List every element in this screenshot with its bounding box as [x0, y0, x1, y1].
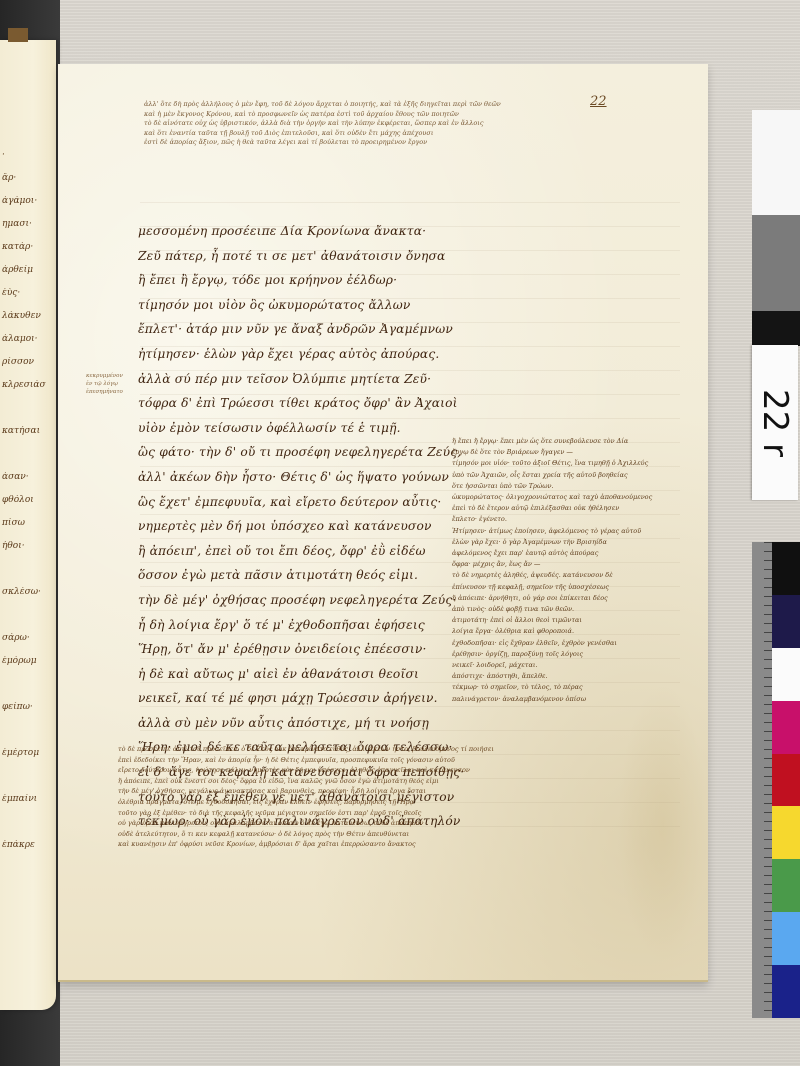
previous-leaf-line: ἅρ· — [0, 173, 54, 196]
scholion-line: ἢ ἀπόειπε· ἀρνήθητι, οὐ γάρ σοι ἐπίκειτα… — [452, 593, 682, 604]
scholion-line: ἀτιμοτάτη· ἐπεὶ οἱ ἄλλοι θεοὶ τιμῶνται — [452, 615, 682, 626]
previous-leaf-line — [0, 403, 54, 426]
scholion-line: ἔργῳ δὲ ὅτε τὸν Βριάρεων ἤγαγεν — — [452, 447, 682, 458]
previous-leaf-line: κατήσαι — [0, 426, 54, 449]
folio-label-card: 22 r — [752, 345, 798, 500]
color-patch-black — [772, 542, 800, 595]
previous-leaf-line: σκλέσω· — [0, 587, 54, 610]
gray-scale-target — [752, 110, 800, 346]
verse-line: Ἥρῃ, ὅτ' ἄν μ' ἐρέθῃσιν ὀνειδείοις ἐπέεσ… — [138, 637, 468, 662]
verse-line: τὴν δὲ μέγ' ὀχθήσας προσέφη νεφεληγερέτα… — [138, 588, 468, 613]
verse-line: ἠτίμησεν· ἑλὼν γὰρ ἔχει γέρας αὐτὸς ἀπού… — [138, 342, 468, 367]
color-patch-yellow — [772, 806, 800, 859]
color-patch-blue — [772, 965, 800, 1018]
scholion-line: ἀφελόμενος ἔχει παρ' ἑαυτῷ αὐτὸς ἀπούρας — [452, 548, 682, 559]
margin-note: κεκρυμμένονἐν τῷ λόγῳἐπεσημήνατο — [86, 372, 146, 396]
scholion-line: καὶ κυανέῃσιν ἐπ' ὀφρύσι νεῦσε Κρονίων, … — [118, 839, 698, 850]
scholion-line: τὴν δὲ μέγ' ὀχθήσας, μεγάλως ἀγανακτήσας… — [118, 786, 698, 797]
color-patch-magenta — [772, 701, 800, 754]
previous-leaf-line — [0, 564, 54, 587]
gray-swatch-black — [752, 311, 800, 346]
previous-leaf-line — [0, 679, 54, 702]
verse-line: τίμησόν μοι υἱὸν ὃς ὠκυμορώτατος ἄλλων — [138, 293, 468, 318]
verse-line: ὅσσον ἐγὼ μετὰ πᾶσιν ἀτιμοτάτη θεός εἰμι… — [138, 563, 468, 588]
right-scholia: ἢ ἔπει ἢ ἔργῳ· ἔπει μὲν ὡς ὅτε συνεβούλε… — [452, 436, 682, 705]
previous-leaf-line: ἀσαν· — [0, 472, 54, 495]
color-patches — [772, 542, 800, 1018]
verse-line: τόφρα δ' ἐπὶ Τρώεσσι τίθει κράτος ὄφρ' ἂ… — [138, 391, 468, 416]
scholion-line: ἐπεὶ τὸ δὲ ἕτερον αὐτῷ ἐπιλέξασθαι οὐκ ἠ… — [452, 503, 682, 514]
previous-leaf-line: ημασι· — [0, 219, 54, 242]
previous-leaf-line: σάρω· — [0, 633, 54, 656]
scholion-line: οὐδὲ ἀτελεύτητον, ὅ τι κεν κεφαλῇ κατανε… — [118, 829, 698, 840]
scholion-line: ὀλέθρια πράγματα, ὅτε με ἐχθοδοπῆσαι, εἰ… — [118, 797, 698, 808]
verse-line: νημερτὲς μὲν δή μοι ὑπόσχεο καὶ κατάνευσ… — [138, 514, 468, 539]
commentary-line: τὸ δὲ αἰνότατε οὐχ ὡς ὑβριστικόν, ἀλλὰ δ… — [144, 119, 624, 129]
verse-line: ὣς φάτο· τὴν δ' οὔ τι προσέφη νεφεληγερέ… — [138, 440, 468, 465]
verse-line: ἢ ἀπόειπ', ἐπεὶ οὔ τοι ἔπι δέος, ὄφρ' ἐῢ… — [138, 539, 468, 564]
scholion-line: οὐ γὰρ ἐμὸν παλινάγρετον, οὐκ ἀναλαμβάνε… — [118, 818, 698, 829]
scholion-line: τέκμωρ· τὸ σημεῖον, τὸ τέλος, τὸ πέρας — [452, 682, 682, 693]
color-patch-green — [772, 859, 800, 912]
scholion-line: λοίγια ἔργα· ὀλέθρια καὶ φθοροποιά. — [452, 626, 682, 637]
verse-line: Ζεῦ πάτερ, ἦ ποτέ τι σε μετ' ἀθανάτοισιν… — [138, 244, 468, 269]
previous-leaf-line: ρίσσον — [0, 357, 54, 380]
previous-leaf-line: λάκυθεν — [0, 311, 54, 334]
verse-line: ἔπλετ'· ἀτάρ μιν νῦν γε ἄναξ ἀνδρῶν Ἀγαμ… — [138, 317, 468, 342]
previous-leaf-line: ἐμπαίνι — [0, 794, 54, 817]
scholion-line: τοῦτο γὰρ ἐξ ἐμέθεν· τὸ διὰ τῆς κεφαλῆς … — [118, 808, 698, 819]
scholion-line: ἀπὸ τινὸς· οὐδὲ φοβῇ τινα τῶν θεῶν. — [452, 604, 682, 615]
verse-line: ὣς ἔχετ' ἐμπεφυυῖα, καὶ εἴρετο δεύτερον … — [138, 490, 468, 515]
scholion-line: ἢ ἀπόειπε, ἐπεὶ οὐκ ἔνεστί σοι δέος· ὄφρ… — [118, 776, 698, 787]
previous-leaf-line — [0, 725, 54, 748]
scholion-line: νεικεῖ· λοιδορεῖ, μάχεται. — [452, 660, 682, 671]
scholion-line: ἑλὼν γὰρ ἔχει· ὁ γὰρ Ἀγαμέμνων τὴν Βριση… — [452, 537, 682, 548]
previous-leaf-line: ἐμέρτομ — [0, 748, 54, 771]
main-text-block: μεσσομένη προσέειπε Δία Κρονίωνα ἄνακτα·… — [138, 219, 468, 834]
previous-leaf-line: ἀγάμοι· — [0, 196, 54, 219]
previous-leaf-line: φθόλοι — [0, 495, 54, 518]
color-patch-white — [772, 648, 800, 701]
verse-line: υἱὸν ἐμὸν τείσωσιν ὀφέλλωσίν τέ ἑ τιμῇ. — [138, 416, 468, 441]
verse-line: ἀλλὰ σὺ μὲν νῦν αὖτις ἀπόστιχε, μή τι νο… — [138, 711, 468, 736]
previous-leaf-line: ἐμόρωμ — [0, 656, 54, 679]
scholion-line: εἴρετο δεύτερον αὖτις, ἠρώτησε πάλιν· νη… — [118, 765, 698, 776]
previous-leaf-line: ἀρθείμ — [0, 265, 54, 288]
scholion-line: ἀπόστιχε· ἀπόστηθι, ἄπελθε. — [452, 671, 682, 682]
folio-label-text: 22 r — [755, 388, 795, 456]
margin-note-line: κεκρυμμένον — [86, 372, 146, 380]
scholion-line: ἐχθοδοπῆσαι· εἰς ἔχθραν ἐλθεῖν, ἐχθρὸν γ… — [452, 638, 682, 649]
color-patch-red — [772, 754, 800, 807]
leaf-tab — [8, 28, 28, 42]
verse-line: ἦ δὴ λοίγια ἔργ' ὅ τέ μ' ἐχθοδοπῆσαι ἐφή… — [138, 613, 468, 638]
commentary-line: καὶ ὅτι ἐναντία ταῦτα τῇ βουλῇ τοῦ Διὸς … — [144, 129, 624, 139]
verse-line: ἢ ἔπει ἢ ἔργῳ, τόδε μοι κρήηνον ἐέλδωρ· — [138, 268, 468, 293]
previous-leaf-line: κατὰρ· — [0, 242, 54, 265]
margin-note-line: ἐπεσημήνατο — [86, 388, 146, 396]
previous-leaf-line: κλρεσιάσ — [0, 380, 54, 403]
color-patch-cyan — [772, 912, 800, 965]
previous-leaf-line: · — [0, 150, 54, 173]
color-patch-navy — [772, 595, 800, 648]
scholion-line: ἐρέθῃσιν· ὀργίζῃ, παροξύνῃ τοῖς λόγοις — [452, 649, 682, 660]
previous-leaf-line: ἐπάκρε — [0, 840, 54, 863]
top-commentary: ἀλλ' ὅτε δὴ πρὸς ἀλλήλους ὁ μὲν ἔφη, τοῦ… — [144, 100, 624, 148]
scholion-line: ὄφρα· μέχρις ἂν, ἕως ἄν — — [452, 559, 682, 570]
measurement-ruler — [752, 542, 772, 1018]
previous-leaf-line — [0, 449, 54, 472]
scholion-line: Ἠτίμησεν· ἀτίμως ἐποίησεν, ἀφελόμενος τὸ… — [452, 526, 682, 537]
scholion-line: παλινάγρετον· ἀναλαμβανόμενον ὀπίσω — [452, 694, 682, 705]
scholion-line: τίμησόν μοι υἱόν· τοῦτο ἀξιοῖ Θέτις, ἵνα… — [452, 458, 682, 469]
previous-leaf-line — [0, 610, 54, 633]
color-calibration-target — [752, 542, 800, 1018]
verse-line: ἀλλὰ σύ πέρ μιν τεῖσον Ὀλύμπιε μητίετα Ζ… — [138, 367, 468, 392]
manuscript-folio: 22 ἀλλ' ὅτε δὴ πρὸς ἀλλήλους ὁ μὲν ἔφη, … — [58, 64, 708, 982]
previous-leaf-line — [0, 817, 54, 840]
previous-leaf-line: ἐὺς· — [0, 288, 54, 311]
previous-leaf-line: ἀλαμοι· — [0, 334, 54, 357]
gray-swatch-gray — [752, 215, 800, 311]
scholion-line: τὸ δὲ νημερτὲς ἀληθές, ἀψευδές. κατάνευσ… — [452, 570, 682, 581]
verse-line: ἡ δὲ καὶ αὔτως μ' αἰεὶ ἐν ἀθανάτοισι θεο… — [138, 662, 468, 687]
previous-leaf-line — [0, 771, 54, 794]
verse-line: νεικεῖ, καί τέ μέ φησι μάχῃ Τρώεσσιν ἀρή… — [138, 686, 468, 711]
gray-swatch-white — [752, 110, 800, 215]
bottom-scholia: τὸ δὲ προσέειπε ἀντὶ τοῦ προσεῖπεν· ὁ δὲ… — [118, 744, 698, 850]
commentary-line: καὶ ἡ μὲν ἔκγονος Κρόνου, καὶ τὸ προσφων… — [144, 110, 624, 120]
previous-leaf-text: ·ἅρ·ἀγάμοι·ημασι·κατὰρ·ἀρθείμἐὺς·λάκυθεν… — [0, 150, 54, 863]
scholion-line: ὅτε ἡσσῶνται ὑπὸ τῶν Τρώων. — [452, 481, 682, 492]
previous-leaf-line: φείπω· — [0, 702, 54, 725]
previous-leaf-line: ἠθοι· — [0, 541, 54, 564]
verse-line: ἀλλ' ἀκέων δὴν ἧστο· Θέτις δ' ὡς ἥψατο γ… — [138, 465, 468, 490]
previous-leaf-line: πίσω — [0, 518, 54, 541]
scholion-line: ἐπίνευσον τῇ κεφαλῇ, σημεῖον τῆς ὑποσχέσ… — [452, 582, 682, 593]
scholion-line: ἔπλετο· ἐγένετο. — [452, 514, 682, 525]
margin-note-line: ἐν τῷ λόγῳ — [86, 380, 146, 388]
commentary-line: ἐστὶ δὲ ἀπορίας ἄξιον, πῶς ἡ θεὰ ταῦτα λ… — [144, 138, 624, 148]
scholion-line: ἢ ἔπει ἢ ἔργῳ· ἔπει μὲν ὡς ὅτε συνεβούλε… — [452, 436, 682, 447]
scholion-line: τὸ δὲ προσέειπε ἀντὶ τοῦ προσεῖπεν· ὁ δὲ… — [118, 744, 698, 755]
scholion-line: ὠκυμορώτατος· ὀλιγοχρονιώτατος καὶ ταχὺ … — [452, 492, 682, 503]
commentary-line: ἀλλ' ὅτε δὴ πρὸς ἀλλήλους ὁ μὲν ἔφη, τοῦ… — [144, 100, 624, 110]
verse-line: μεσσομένη προσέειπε Δία Κρονίωνα ἄνακτα· — [138, 219, 468, 244]
scholion-line: ὑπὸ τῶν Ἀχαιῶν, οἷς ἔσται χρεία τῆς αὐτο… — [452, 470, 682, 481]
previous-leaf: ·ἅρ·ἀγάμοι·ημασι·κατὰρ·ἀρθείμἐὺς·λάκυθεν… — [0, 40, 56, 1010]
scholion-line: ἐπεὶ ἐδεδοίκει τὴν Ἥραν, καὶ ἐν ἀπορίᾳ ἦ… — [118, 755, 698, 766]
